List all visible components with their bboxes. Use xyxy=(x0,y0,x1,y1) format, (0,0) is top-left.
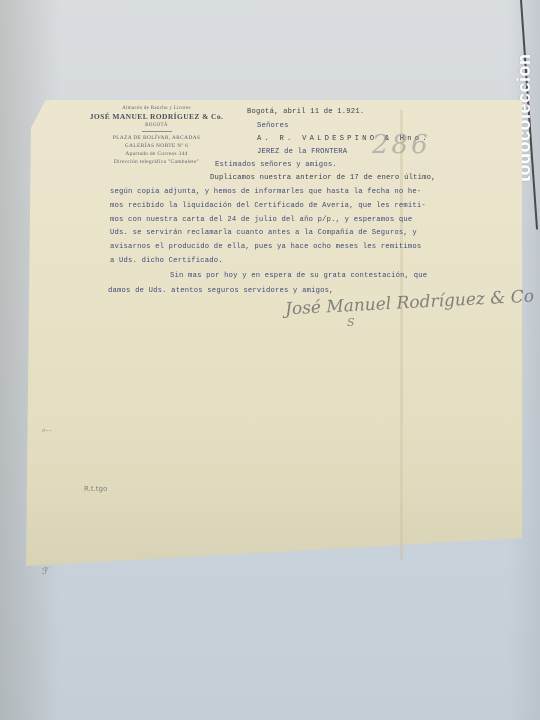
letter-paper xyxy=(26,100,522,566)
letterhead-tagline: Almacén de Rancho y Licores xyxy=(84,105,229,112)
left-margin-mark: ᵈ⁻⁻ xyxy=(42,428,52,436)
body-line-4: mos con nuestra carta del 24 de julio de… xyxy=(110,216,412,224)
body-line-6: avisarnos el producido de ella, pues ya … xyxy=(110,243,421,251)
letterhead-city: BOGOTÁ xyxy=(84,122,229,129)
body-line-3: mos recibido la liquidación del Certific… xyxy=(110,202,426,210)
letterhead-cable: Dirección telegráfica "Cambalete" xyxy=(84,158,229,166)
handwritten-number: 286 xyxy=(372,130,431,160)
letterhead-address-1: PLAZA DE BOLÍVAR, ARCADAS xyxy=(84,134,229,142)
salutation-header: Señores xyxy=(257,122,289,130)
letterhead-apartado: Apartado de Correos 344 xyxy=(84,150,229,158)
letterhead-address-2: GALERÍAS NORTE Nº 6 xyxy=(84,142,229,150)
letter-date: Bogotá, abril 11 de 1.921. xyxy=(247,108,364,116)
closing-line-1: Sin mas por hoy y en espera de su grata … xyxy=(170,272,427,280)
letterhead: Almacén de Rancho y Licores JOSÉ MANUEL … xyxy=(84,105,229,166)
lower-pencil-mark: R.t.tgo xyxy=(84,485,107,493)
letterhead-divider xyxy=(142,131,172,132)
body-line-7: a Uds. dicho Certificado. xyxy=(110,257,223,265)
body-line-5: Uds. se servirán reclamarla cuanto antes… xyxy=(110,229,417,237)
recipient-city: JEREZ de la FRONTERA xyxy=(257,148,347,156)
corner-mark: ℱ xyxy=(42,567,49,577)
letterhead-company: JOSÉ MANUEL RODRÍGUEZ & Co. xyxy=(84,112,229,122)
closing-line-2: damos de Uds. atentos seguros servidores… xyxy=(108,287,334,295)
body-line-2: según copia adjunta, y hemos de informar… xyxy=(110,188,421,196)
greeting: Estimados señores y amigos. xyxy=(215,161,337,169)
signature-flourish: S xyxy=(347,316,355,329)
body-line-1: Duplicamos nuestra anterior de 17 de ene… xyxy=(210,174,436,182)
